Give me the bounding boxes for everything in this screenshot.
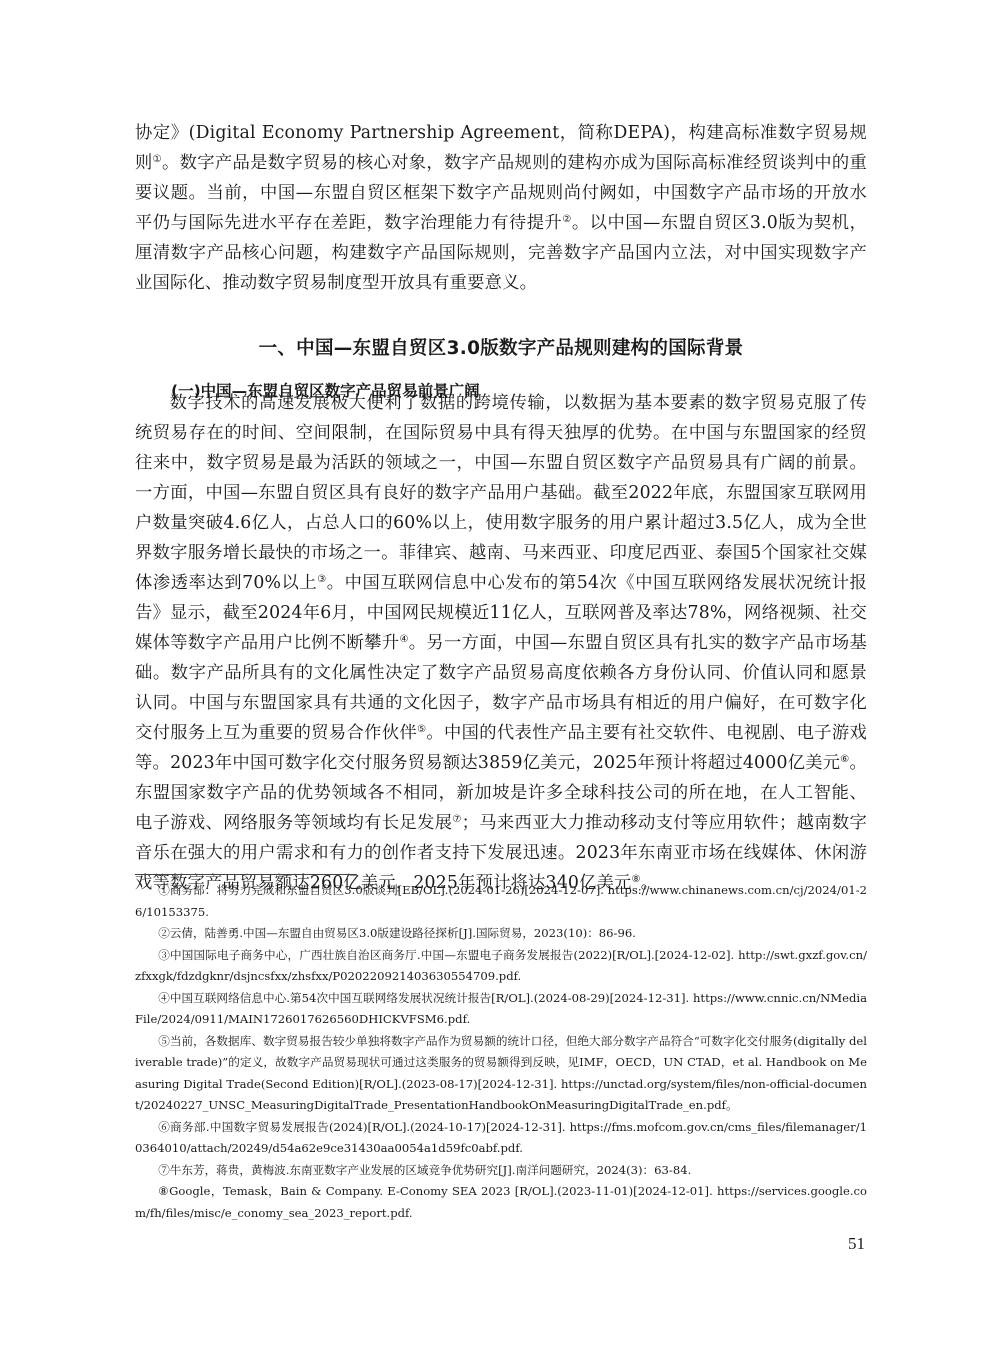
footnote-ref-3[interactable]: ③ [317,574,327,585]
footnotes-list: ①商务部：将努力完成和东盟自贸区3.0版谈判[EB/OL].(2024-01-2… [135,880,867,1224]
body-text-1: 数字技术的高速发展极大便利了数据的跨境传输，以数据为基本要素的数字贸易克服了传统… [135,393,867,593]
intro-paragraph: 协定》(Digital Economy Partnership Agreemen… [135,118,867,298]
footnote-ref-5[interactable]: ⑤ [417,724,426,735]
footnote-ref-7[interactable]: ⑦ [452,814,461,825]
footnote-6: ⑥商务部.中国数字贸易发展报告(2024)[R/OL].(2024-10-17)… [135,1117,867,1160]
section-title: 一、中国—东盟自贸区3.0版数字产品规则建构的国际背景 [135,335,867,363]
footnote-8: ⑧Google，Temask，Bain & Company. E-Conomy … [135,1181,867,1224]
footnote-4: ④中国互联网络信息中心.第54次中国互联网络发展状况统计报告[R/OL].(20… [135,988,867,1031]
footnote-3: ③中国国际电子商务中心，广西壮族自治区商务厅.中国—东盟电子商务发展报告(202… [135,945,867,988]
footnote-7: ⑦牛东芳，蒋贵，黄梅波.东南亚数字产业发展的区域竞争优势研究[J].南洋问题研究… [135,1160,867,1182]
footnote-ref-2[interactable]: ② [562,214,572,225]
footnote-1: ①商务部：将努力完成和东盟自贸区3.0版谈判[EB/OL].(2024-01-2… [135,880,867,923]
page-number: 51 [848,1234,865,1254]
footnote-divider [135,874,357,875]
body-paragraph: 数字技术的高速发展极大便利了数据的跨境传输，以数据为基本要素的数字贸易克服了传统… [135,388,867,898]
footnote-5: ⑤当前，各数据库、数字贸易报告较少单独将数字产品作为贸易额的统计口径，但绝大部分… [135,1031,867,1117]
footnote-ref-4[interactable]: ④ [399,634,408,645]
footnote-ref-1[interactable]: ① [153,154,162,165]
footnote-ref-6[interactable]: ⑥ [840,754,849,765]
footnote-2: ②云倩，陆善勇.中国—东盟自由贸易区3.0版建设路径探析[J].国际贸易，202… [135,923,867,945]
